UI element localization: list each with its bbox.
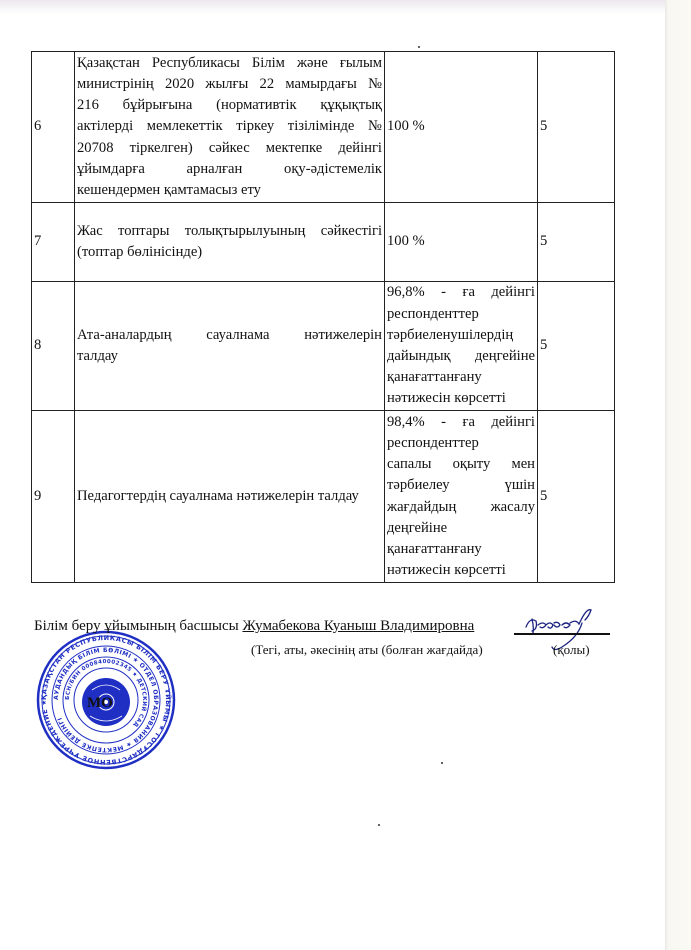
- row-number: 9: [32, 411, 75, 583]
- row-number: 8: [32, 282, 75, 411]
- row-score: 5: [538, 203, 615, 282]
- table-row: 7 Жас топтары толықтырылуының сәйкестігі…: [32, 203, 615, 282]
- head-signature-line: Білім беру ұйымының басшысы Жумабекова К…: [34, 618, 474, 635]
- scan-speck: [418, 46, 420, 48]
- row-score: 5: [538, 52, 615, 203]
- row-description: Қазақстан Республикасы Білім және ғылым …: [75, 52, 385, 203]
- signature-hint: (қолы): [553, 642, 590, 658]
- row-value: 100 %: [385, 203, 538, 282]
- row-value: 96,8% - ға дейінгі респонденттер тәрбиел…: [385, 282, 538, 411]
- criteria-table: 6 Қазақстан Республикасы Білім және ғылы…: [31, 51, 615, 583]
- scan-edge-top: [0, 0, 665, 14]
- row-score: 5: [538, 411, 615, 583]
- row-description: Педагогтердің сауалнама нәтижелерін талд…: [75, 411, 385, 583]
- name-hint: (Тегі, аты, әкесінің аты (болған жағдайд…: [251, 642, 483, 658]
- row-number: 7: [32, 203, 75, 282]
- row-value: 98,4% - ға дейінгі респонденттер сапалы …: [385, 411, 538, 583]
- signature-underline: [514, 633, 610, 635]
- stamp-place-label: МО: [87, 695, 113, 712]
- row-value: 100 %: [385, 52, 538, 203]
- row-description: Ата-аналардың сауалнама нәтижелерін талд…: [75, 282, 385, 411]
- scan-speck: [378, 824, 380, 826]
- head-full-name: Жумабекова Куаныш Владимировна: [242, 618, 474, 634]
- scan-speck: [441, 762, 443, 764]
- table-row: 8 Ата-аналардың сауалнама нәтижелерін та…: [32, 282, 615, 411]
- role-label: Білім беру ұйымының басшысы: [34, 618, 239, 634]
- table-row: 6 Қазақстан Республикасы Білім және ғылы…: [32, 52, 615, 203]
- row-number: 6: [32, 52, 75, 203]
- row-description: Жас топтары толықтырылуының сәйкестігі (…: [75, 203, 385, 282]
- table-row: 9 Педагогтердің сауалнама нәтижелерін та…: [32, 411, 615, 583]
- scan-edge-right: [665, 0, 691, 950]
- row-score: 5: [538, 282, 615, 411]
